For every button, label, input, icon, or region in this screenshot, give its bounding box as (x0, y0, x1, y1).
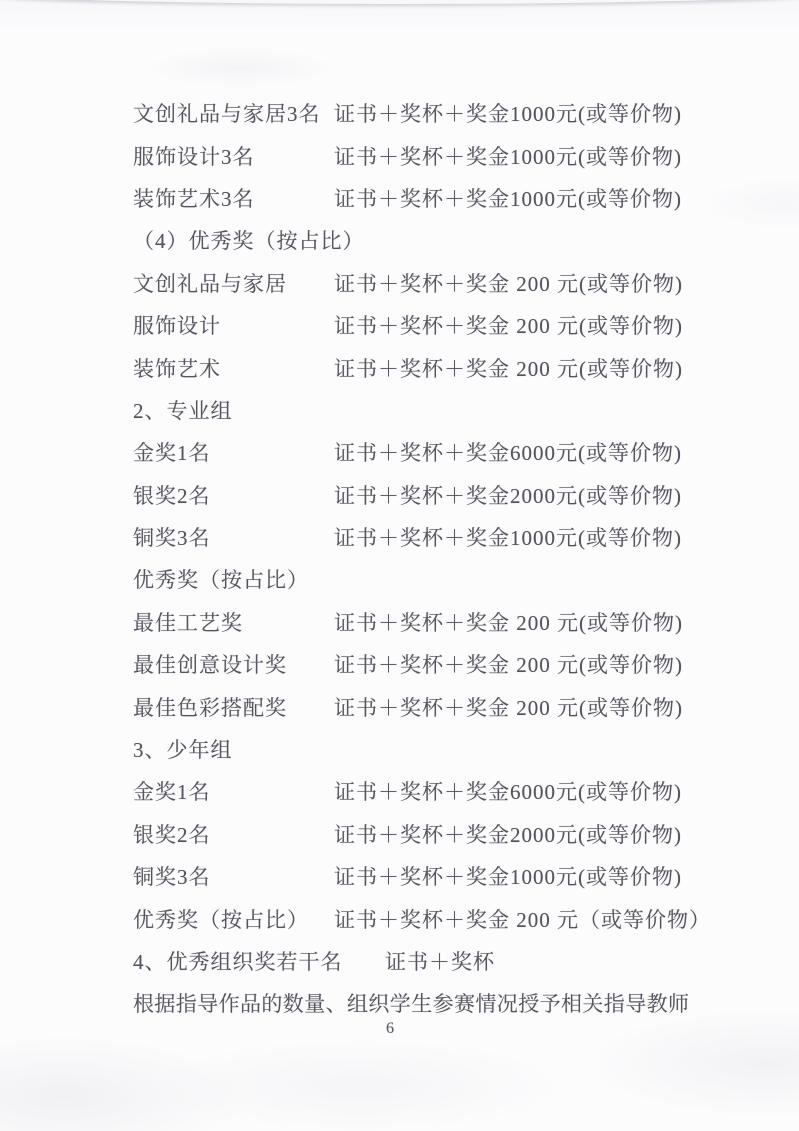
prize-description: 证书＋奖杯＋奖金1000元(或等价物) (334, 98, 682, 128)
prize-row: 服饰设计3名 证书＋奖杯＋奖金1000元(或等价物) (133, 134, 713, 176)
prize-description: 证书＋奖杯＋奖金1000元(或等价物) (334, 141, 682, 171)
prize-description: 证书＋奖杯＋奖金 200 元(或等价物) (334, 607, 683, 637)
prize-category: 铜奖3名 (133, 522, 334, 552)
prize-row: 金奖1名 证书＋奖杯＋奖金6000元(或等价物) (133, 770, 713, 812)
prize-category: 金奖1名 (133, 776, 334, 806)
prize-category: 文创礼品与家居3名 (133, 98, 334, 128)
section-heading-text: 3、少年组 (133, 734, 241, 764)
section-heading: 2、专业组 (133, 389, 713, 431)
prize-row: 银奖2名 证书＋奖杯＋奖金2000元(或等价物) (133, 813, 713, 855)
prize-row: 装饰艺术 证书＋奖杯＋奖金 200 元(或等价物) (133, 346, 713, 388)
prize-category: 服饰设计3名 (133, 141, 334, 171)
prize-row: 最佳创意设计奖 证书＋奖杯＋奖金 200 元(或等价物) (133, 643, 713, 685)
prize-description: 证书＋奖杯＋奖金2000元(或等价物) (334, 819, 682, 849)
prize-description: 证书＋奖杯＋奖金 200 元(或等价物) (334, 353, 683, 383)
prize-row: 装饰艺术3名 证书＋奖杯＋奖金1000元(或等价物) (133, 177, 713, 219)
prize-description: 证书＋奖杯＋奖金 200 元（或等价物） (334, 904, 711, 934)
prize-description: 证书＋奖杯＋奖金 200 元(或等价物) (334, 268, 683, 298)
prize-description: 证书＋奖杯＋奖金2000元(或等价物) (334, 480, 682, 510)
prize-category: 金奖1名 (133, 437, 334, 467)
prize-description: 证书＋奖杯＋奖金1000元(或等价物) (334, 183, 682, 213)
prize-category: 铜奖3名 (133, 861, 334, 891)
prize-category: 4、优秀组织奖若干名 (133, 946, 385, 976)
prize-category: 最佳创意设计奖 (133, 649, 334, 679)
section-heading: 3、少年组 (133, 728, 713, 770)
prize-description: 证书＋奖杯 (385, 946, 495, 976)
prize-row: 铜奖3名 证书＋奖杯＋奖金1000元(或等价物) (133, 855, 713, 897)
scanned-document-page: 文创礼品与家居3名 证书＋奖杯＋奖金1000元(或等价物) 服饰设计3名 证书＋… (0, 0, 799, 1131)
prize-row: 铜奖3名 证书＋奖杯＋奖金1000元(或等价物) (133, 516, 713, 558)
prize-category: 装饰艺术3名 (133, 183, 334, 213)
body-paragraph: 根据指导作品的数量、组织学生参赛情况授予相关指导教师 (133, 982, 713, 1024)
section-heading: 优秀奖（按占比） (133, 558, 713, 600)
prize-row: 最佳工艺奖 证书＋奖杯＋奖金 200 元(或等价物) (133, 601, 713, 643)
prize-category: 装饰艺术 (133, 353, 334, 383)
prize-description: 证书＋奖杯＋奖金 200 元(或等价物) (334, 692, 683, 722)
prize-category: 银奖2名 (133, 819, 334, 849)
prize-category: 最佳色彩搭配奖 (133, 692, 334, 722)
prize-row: 最佳色彩搭配奖 证书＋奖杯＋奖金 200 元(或等价物) (133, 685, 713, 727)
prize-row: 金奖1名 证书＋奖杯＋奖金6000元(或等价物) (133, 431, 713, 473)
document-body: 文创礼品与家居3名 证书＋奖杯＋奖金1000元(或等价物) 服饰设计3名 证书＋… (133, 92, 713, 1025)
prize-row: 文创礼品与家居3名 证书＋奖杯＋奖金1000元(或等价物) (133, 92, 713, 134)
prize-description: 证书＋奖杯＋奖金1000元(或等价物) (334, 861, 682, 891)
prize-description: 证书＋奖杯＋奖金 200 元(或等价物) (334, 649, 683, 679)
prize-row: 优秀奖（按占比） 证书＋奖杯＋奖金 200 元（或等价物） (133, 897, 713, 939)
prize-row: 文创礼品与家居 证书＋奖杯＋奖金 200 元(或等价物) (133, 262, 713, 304)
section-heading-text: 2、专业组 (133, 395, 241, 425)
prize-category: 最佳工艺奖 (133, 607, 334, 637)
section-heading-text: 优秀奖（按占比） (133, 564, 317, 594)
prize-category: 优秀奖（按占比） (133, 904, 334, 934)
prize-description: 证书＋奖杯＋奖金6000元(或等价物) (334, 776, 682, 806)
prize-row: 银奖2名 证书＋奖杯＋奖金2000元(或等价物) (133, 474, 713, 516)
prize-description: 证书＋奖杯＋奖金1000元(或等价物) (334, 522, 682, 552)
prize-row: 服饰设计 证书＋奖杯＋奖金 200 元(或等价物) (133, 304, 713, 346)
body-paragraph-text: 根据指导作品的数量、组织学生参赛情况授予相关指导教师 (133, 988, 689, 1018)
page-number: 6 (330, 1020, 450, 1038)
prize-category: 服饰设计 (133, 310, 334, 340)
prize-category: 银奖2名 (133, 480, 334, 510)
prize-row: 4、优秀组织奖若干名 证书＋奖杯 (133, 940, 713, 982)
prize-description: 证书＋奖杯＋奖金6000元(或等价物) (334, 437, 682, 467)
prize-description: 证书＋奖杯＋奖金 200 元(或等价物) (334, 310, 683, 340)
section-heading-text: （4）优秀奖（按占比） (133, 225, 373, 255)
scan-top-edge-shadow (0, 0, 799, 4)
section-heading: （4）优秀奖（按占比） (133, 219, 713, 261)
prize-category: 文创礼品与家居 (133, 268, 334, 298)
